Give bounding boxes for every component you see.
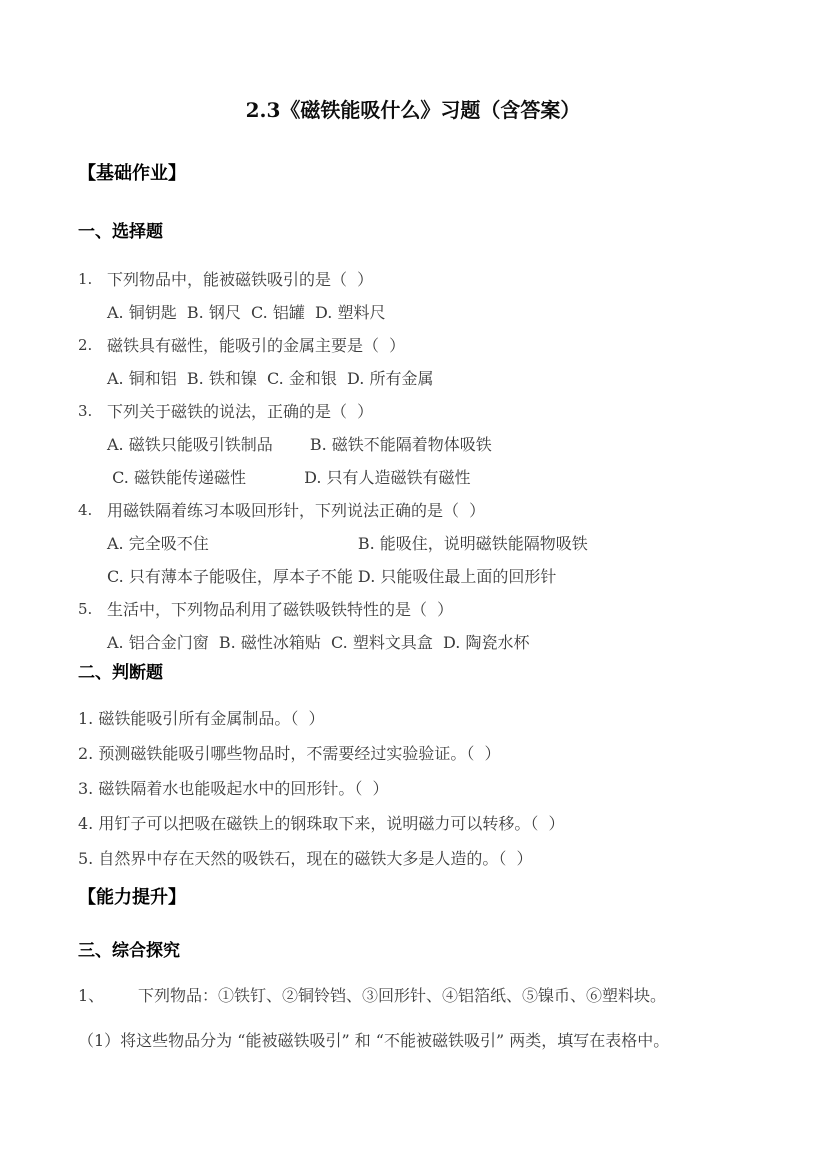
worksheet-page: 2.3《磁铁能吸什么》习题（含答案） 【基础作业】 一、选择题 1. 下列物品中…: [0, 0, 826, 1169]
choice-question-2-options: A. 铜和铝 B. 铁和镍 C. 金和银 D. 所有金属: [78, 362, 748, 395]
choice-question-4-options-line1: A. 完全吸不住 B. 能吸住，说明磁铁能隔物吸铁: [78, 527, 748, 560]
choice-question-3-options-line1: A. 磁铁只能吸引铁制品 B. 磁铁不能隔着物体吸铁: [78, 428, 748, 461]
section-heading-ability: 【能力提升】: [78, 886, 748, 910]
question-number: 4.: [78, 494, 107, 527]
question-text: 下列物品中，能被磁铁吸引的是（ ）: [107, 263, 748, 296]
question-text: 磁铁具有磁性，能吸引的金属主要是（ ）: [107, 329, 748, 362]
choice-question-5: 5. 生活中，下列物品利用了磁铁吸铁特性的是（ ）: [78, 593, 748, 626]
question-text: 用磁铁隔着练习本吸回形针，下列说法正确的是（ ）: [107, 494, 748, 527]
question-text: 下列关于磁铁的说法，正确的是（ ）: [107, 395, 748, 428]
page-title: 2.3《磁铁能吸什么》习题（含答案）: [78, 96, 748, 124]
choice-question-1-options: A. 铜钥匙 B. 钢尺 C. 铝罐 D. 塑料尺: [78, 296, 748, 329]
judge-question-1: 1. 磁铁能吸引所有金属制品。（ ）: [78, 701, 748, 736]
explore-question-1: 1、 下列物品：①铁钉、②铜铃铛、③回形针、④铝箔纸、⑤镍币、⑥塑料块。: [78, 979, 748, 1013]
question-text: 下列物品：①铁钉、②铜铃铛、③回形针、④铝箔纸、⑤镍币、⑥塑料块。: [138, 979, 748, 1013]
question-number: 1.: [78, 263, 107, 296]
choice-question-3: 3. 下列关于磁铁的说法，正确的是（ ）: [78, 395, 748, 428]
section-heading-choice: 一、选择题: [78, 220, 748, 244]
choice-question-3-options-line2: C. 磁铁能传递磁性 D. 只有人造磁铁有磁性: [78, 461, 748, 494]
choice-question-2: 2. 磁铁具有磁性，能吸引的金属主要是（ ）: [78, 329, 748, 362]
question-number: 3.: [78, 395, 107, 428]
choice-question-1: 1. 下列物品中，能被磁铁吸引的是（ ）: [78, 263, 748, 296]
question-number: 5.: [78, 593, 107, 626]
judge-question-4: 4. 用钉子可以把吸在磁铁上的钢珠取下来，说明磁力可以转移。（ ）: [78, 806, 748, 841]
choice-question-list: 1. 下列物品中，能被磁铁吸引的是（ ） A. 铜钥匙 B. 钢尺 C. 铝罐 …: [78, 263, 748, 659]
judge-question-3: 3. 磁铁隔着水也能吸起水中的回形针。（ ）: [78, 771, 748, 806]
section-heading-explore: 三、综合探究: [78, 939, 748, 963]
section-heading-judge: 二、判断题: [78, 661, 748, 685]
choice-question-5-options: A. 铝合金门窗 B. 磁性冰箱贴 C. 塑料文具盒 D. 陶瓷水杯: [78, 626, 748, 659]
explore-question-1-sub1: （1）将这些物品分为 “能被磁铁吸引” 和 “不能被磁铁吸引” 两类，填写在表格…: [78, 1024, 748, 1058]
question-number: 2.: [78, 329, 107, 362]
question-text: 生活中，下列物品利用了磁铁吸铁特性的是（ ）: [107, 593, 748, 626]
choice-question-4-options-line2: C. 只有薄本子能吸住，厚本子不能 D. 只能吸住最上面的回形针: [78, 560, 748, 593]
section-heading-basic: 【基础作业】: [78, 162, 748, 186]
question-number: 1、: [78, 979, 138, 1013]
judge-question-5: 5. 自然界中存在天然的吸铁石，现在的磁铁大多是人造的。（ ）: [78, 841, 748, 876]
judge-question-2: 2. 预测磁铁能吸引哪些物品时，不需要经过实验验证。（ ）: [78, 736, 748, 771]
judge-question-list: 1. 磁铁能吸引所有金属制品。（ ） 2. 预测磁铁能吸引哪些物品时，不需要经过…: [78, 701, 748, 876]
choice-question-4: 4. 用磁铁隔着练习本吸回形针，下列说法正确的是（ ）: [78, 494, 748, 527]
